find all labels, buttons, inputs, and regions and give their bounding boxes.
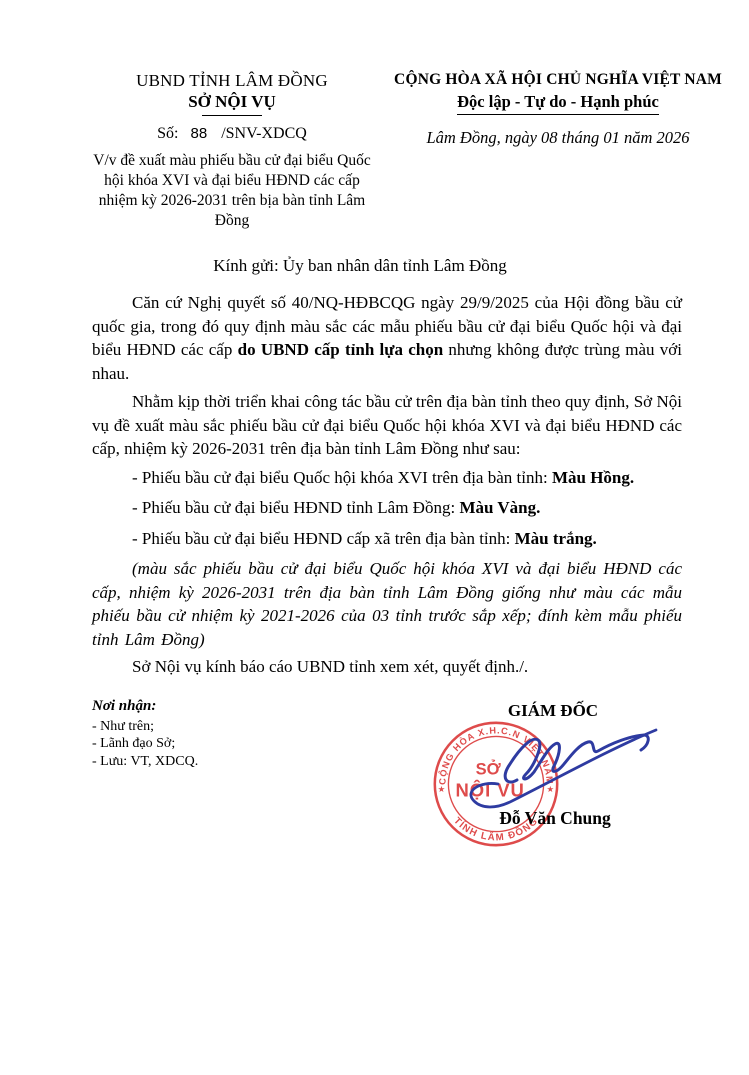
- national-name: CỘNG HÒA XÃ HỘI CHỦ NGHĨA VIỆT NAM: [378, 71, 738, 89]
- recipient-item: - Lãnh đạo Sở;: [92, 735, 198, 753]
- agency-underline: [202, 115, 262, 116]
- recipients-block: Nơi nhận: - Như trên; - Lãnh đạo Sở; - L…: [92, 698, 198, 770]
- document-number-label: Số:: [157, 125, 178, 142]
- salutation: Kính gửi: Ủy ban nhân dân tỉnh Lâm Đồng: [80, 256, 640, 276]
- bullet-1-color: Màu Hồng.: [552, 468, 634, 487]
- document-subject: V/v đề xuất màu phiếu bầu cử đại biểu Qu…: [86, 151, 378, 231]
- bullet-3-color: Màu trắng.: [515, 529, 597, 548]
- document-number-line: Số:88/SNV-XDCQ: [86, 125, 378, 143]
- recipient-item: - Như trên;: [92, 718, 198, 736]
- document-page: UBND TỈNH LÂM ĐỒNG SỞ NỘI VỤ Số:88/SNV-X…: [0, 0, 749, 1075]
- handwritten-signature: [452, 708, 682, 820]
- signer-name: Đỗ Văn Chung: [445, 808, 665, 829]
- bullet-2-color: Màu Vàng.: [459, 498, 540, 517]
- national-header-block: CỘNG HÒA XÃ HỘI CHỦ NGHĨA VIỆT NAM Độc l…: [378, 71, 738, 231]
- note-paragraph: (màu sắc phiếu bầu cử đại biểu Quốc hội …: [92, 557, 682, 651]
- paragraph-1-bold: do UBND cấp tỉnh lựa chọn: [238, 340, 444, 359]
- issuing-agency-block: UBND TỈNH LÂM ĐỒNG SỞ NỘI VỤ Số:88/SNV-X…: [86, 71, 378, 231]
- stamp-left-star-icon: ★: [438, 784, 446, 794]
- bullet-ballot-national: - Phiếu bầu cử đại biểu Quốc hội khóa XV…: [92, 466, 682, 490]
- bullet-1-text: - Phiếu bầu cử đại biểu Quốc hội khóa XV…: [132, 468, 552, 487]
- bullet-3-text: - Phiếu bầu cử đại biểu HĐND cấp xã trên…: [132, 529, 515, 548]
- national-motto: Độc lập - Tự do - Hạnh phúc: [457, 92, 659, 115]
- document-header: UBND TỈNH LÂM ĐỒNG SỞ NỘI VỤ Số:88/SNV-X…: [0, 71, 749, 231]
- document-number-value: 88: [191, 125, 208, 142]
- signer-title: GIÁM ĐỐC: [443, 701, 663, 721]
- document-number-suffix: /SNV-XDCQ: [221, 125, 307, 142]
- paragraph-1: Căn cứ Nghị quyết số 40/NQ-HĐBCQG ngày 2…: [92, 291, 682, 385]
- bullet-ballot-commune: - Phiếu bầu cử đại biểu HĐND cấp xã trên…: [92, 527, 682, 551]
- agency-name: SỞ NỘI VỤ: [86, 92, 378, 112]
- closing-paragraph: Sở Nội vụ kính báo cáo UBND tỉnh xem xét…: [92, 655, 682, 679]
- paragraph-2: Nhằm kịp thời triển khai công tác bầu cử…: [92, 390, 682, 461]
- parent-agency: UBND TỈNH LÂM ĐỒNG: [86, 71, 378, 91]
- document-body: Căn cứ Nghị quyết số 40/NQ-HĐBCQG ngày 2…: [92, 291, 682, 684]
- place-date-line: Lâm Đồng, ngày 08 tháng 01 năm 2026: [378, 128, 738, 148]
- bullet-ballot-province: - Phiếu bầu cử đại biểu HĐND tỉnh Lâm Đồ…: [92, 496, 682, 520]
- signature-stroke-flourish: [471, 730, 656, 807]
- recipients-label: Nơi nhận:: [92, 698, 198, 716]
- bullet-2-text: - Phiếu bầu cử đại biểu HĐND tỉnh Lâm Đồ…: [132, 498, 459, 517]
- recipient-item: - Lưu: VT, XDCQ.: [92, 753, 198, 771]
